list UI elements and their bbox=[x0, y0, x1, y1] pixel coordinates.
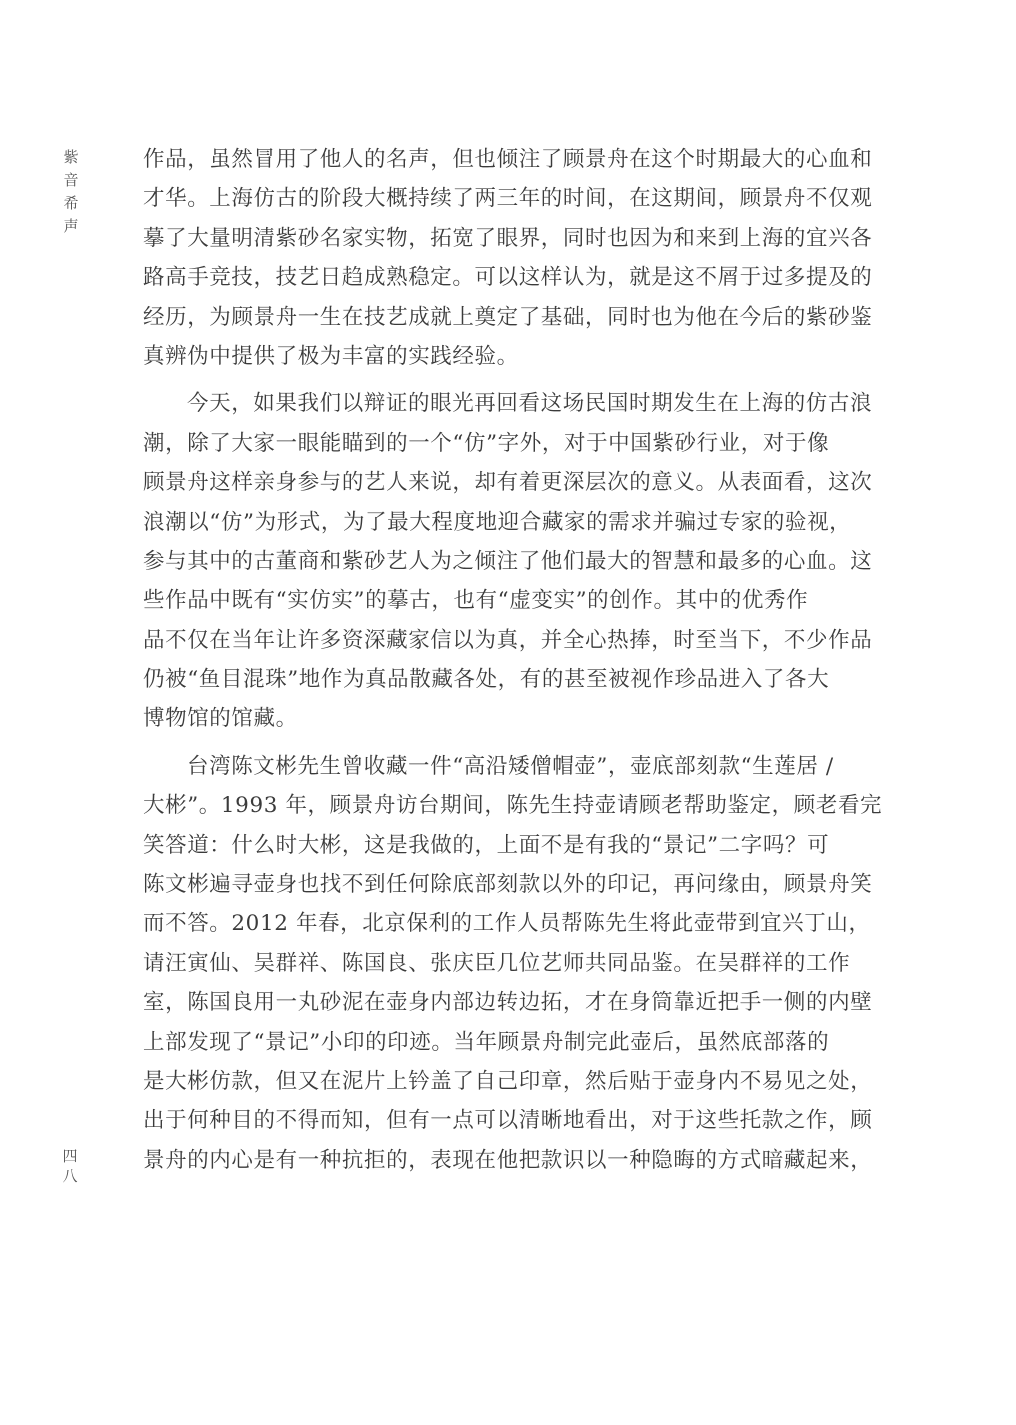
text-line: 经历，为顾景舟一生在技艺成就上奠定了基础，同时也为他在今后的紫砂鉴 bbox=[143, 298, 883, 337]
text-line: 博物馆的馆藏。 bbox=[143, 699, 883, 738]
text-line: 顾景舟这样亲身参与的艺人来说，却有着更深层次的意义。从表面看，这次 bbox=[143, 463, 883, 502]
text-line: 景舟的内心是有一种抗拒的，表现在他把款识以一种隐晦的方式暗藏起来， bbox=[143, 1141, 883, 1180]
paragraph: 台湾陈文彬先生曾收藏一件“高沿矮僧帽壶”，壶底部刻款“生莲居 / 大彬”。199… bbox=[143, 747, 883, 1180]
text-line: 请汪寅仙、吴群祥、陈国良、张庆臣几位艺师共同品鉴。在吴群祥的工作 bbox=[143, 944, 883, 983]
text-line: 大彬”。1993 年，顾景舟访台期间，陈先生持壶请顾老帮助鉴定，顾老看完 bbox=[143, 786, 883, 825]
paragraph: 作品，虽然冒用了他人的名声，但也倾注了顾景舟在这个时期最大的心血和 才华。上海仿… bbox=[143, 140, 883, 376]
running-title-char: 紫 bbox=[60, 146, 82, 169]
text-line: 些作品中既有“实仿实”的摹古，也有“虚变实”的创作。其中的优秀作 bbox=[143, 581, 883, 620]
running-title-char: 声 bbox=[60, 215, 82, 238]
text-line: 台湾陈文彬先生曾收藏一件“高沿矮僧帽壶”，壶底部刻款“生莲居 / bbox=[143, 747, 883, 786]
running-title-char: 希 bbox=[60, 192, 82, 215]
running-title: 紫 音 希 声 bbox=[60, 146, 82, 238]
page-number: 四 八 bbox=[58, 1146, 82, 1186]
paragraph: 今天，如果我们以辩证的眼光再回看这场民国时期发生在上海的仿古浪 潮，除了大家一眼… bbox=[143, 384, 883, 739]
text-line: 陈文彬遍寻壶身也找不到任何除底部刻款以外的印记，再问缘由，顾景舟笑 bbox=[143, 865, 883, 904]
text-line: 仍被“鱼目混珠”地作为真品散藏各处，有的甚至被视作珍品进入了各大 bbox=[143, 660, 883, 699]
text-line: 真辨伪中提供了极为丰富的实践经验。 bbox=[143, 337, 883, 376]
text-line: 出于何种目的不得而知，但有一点可以清晰地看出，对于这些托款之作，顾 bbox=[143, 1101, 883, 1140]
text-line: 是大彬仿款，但又在泥片上钤盖了自己印章，然后贴于壶身内不易见之处， bbox=[143, 1062, 883, 1101]
text-line: 才华。上海仿古的阶段大概持续了两三年的时间，在这期间，顾景舟不仅观 bbox=[143, 179, 883, 218]
page-number-char: 八 bbox=[58, 1166, 82, 1186]
text-line: 作品，虽然冒用了他人的名声，但也倾注了顾景舟在这个时期最大的心血和 bbox=[143, 140, 883, 179]
text-line: 而不答。2012 年春，北京保利的工作人员帮陈先生将此壶带到宜兴丁山， bbox=[143, 904, 883, 943]
text-line: 潮，除了大家一眼能瞄到的一个“仿”字外，对于中国紫砂行业，对于像 bbox=[143, 424, 883, 463]
text-line: 上部发现了“景记”小印的印迹。当年顾景舟制完此壶后，虽然底部落的 bbox=[143, 1023, 883, 1062]
page-number-char: 四 bbox=[58, 1146, 82, 1166]
text-line: 品不仅在当年让许多资深藏家信以为真，并全心热捧，时至当下，不少作品 bbox=[143, 621, 883, 660]
text-line: 今天，如果我们以辩证的眼光再回看这场民国时期发生在上海的仿古浪 bbox=[143, 384, 883, 423]
text-line: 摹了大量明清紫砂名家实物，拓宽了眼界，同时也因为和来到上海的宜兴各 bbox=[143, 219, 883, 258]
body-text: 作品，虽然冒用了他人的名声，但也倾注了顾景舟在这个时期最大的心血和 才华。上海仿… bbox=[143, 140, 883, 1180]
text-line: 浪潮以“仿”为形式，为了最大程度地迎合藏家的需求并骗过专家的验视， bbox=[143, 503, 883, 542]
running-title-char: 音 bbox=[60, 169, 82, 192]
text-line: 参与其中的古董商和紫砂艺人为之倾注了他们最大的智慧和最多的心血。这 bbox=[143, 542, 883, 581]
text-line: 路高手竞技，技艺日趋成熟稳定。可以这样认为，就是这不屑于过多提及的 bbox=[143, 258, 883, 297]
text-line: 笑答道：什么时大彬，这是我做的，上面不是有我的“景记”二字吗？可 bbox=[143, 826, 883, 865]
text-line: 室，陈国良用一丸砂泥在壶身内部边转边拓，才在身筒靠近把手一侧的内壁 bbox=[143, 983, 883, 1022]
